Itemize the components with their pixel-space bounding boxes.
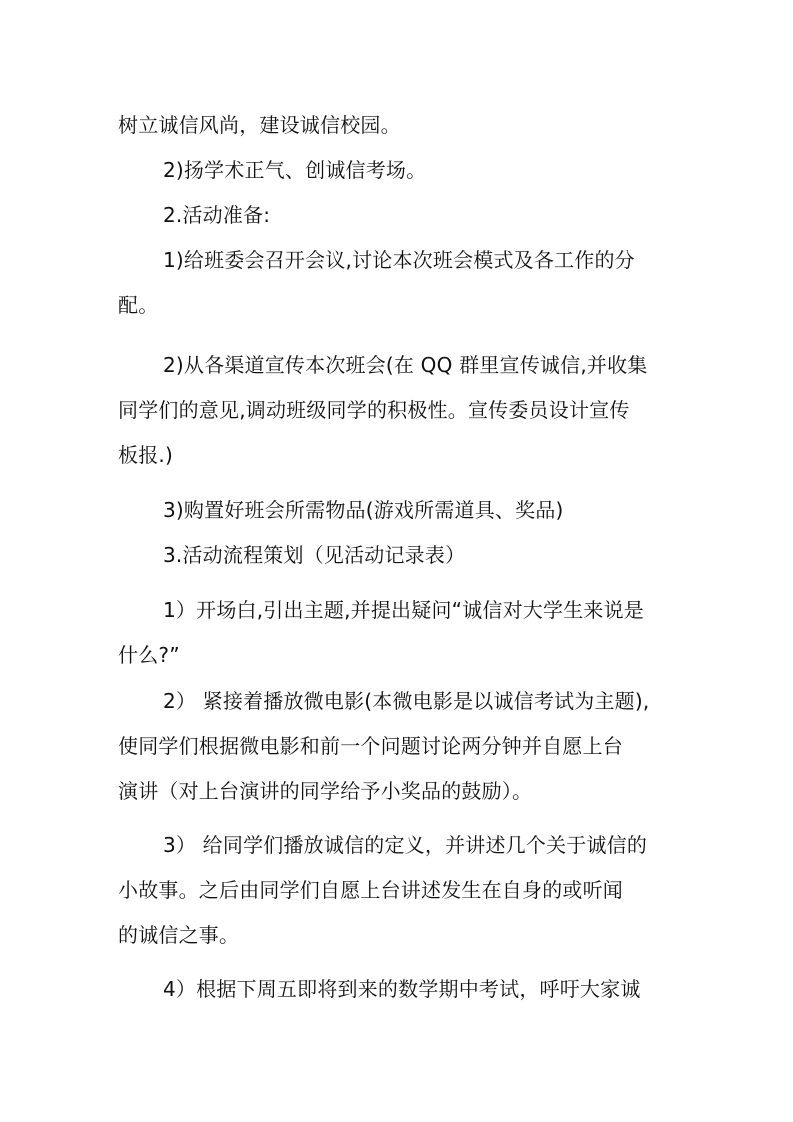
text-line: 2)从各渠道宣传本次班会(在 QQ 群里宣传诚信,并收集: [163, 352, 648, 378]
text-line: 树立诚信风尚，建设诚信校园。: [118, 112, 401, 138]
text-line: 小故事。之后由同学们自愿上台讲述发生在自身的或听闻: [118, 877, 623, 903]
text-line: 1）开场白,引出主题,并提出疑问“诚信对大学生来说是: [163, 597, 644, 623]
text-line: 板报.): [118, 442, 173, 468]
text-line: 3） 给同学们播放诚信的定义，并讲述几个关于诚信的: [163, 832, 647, 858]
text-line: 3)购置好班会所需物品(游戏所需道具、奖品): [163, 497, 564, 523]
text-line: 的诚信之事。: [118, 922, 239, 948]
text-line: 2） 紧接着播放微电影(本微电影是以诚信考试为主题),: [163, 688, 649, 714]
text-line: 2)扬学术正气、创诚信考场。: [163, 157, 426, 183]
text-line: 演讲（对上台演讲的同学给予小奖品的鼓励）。: [118, 778, 532, 804]
text-line: 什么?”: [118, 642, 180, 668]
text-line: 4）根据下周五即将到来的数学期中考试，呼吁大家诚: [163, 976, 641, 1002]
text-line: 配。: [118, 292, 158, 318]
text-line: 同学们的意见,调动班级同学的积极性。宣传委员设计宣传: [118, 397, 630, 423]
text-line: 2.活动准备:: [163, 202, 270, 228]
document-page: 树立诚信风尚，建设诚信校园。 2)扬学术正气、创诚信考场。 2.活动准备: 1)…: [0, 0, 793, 1122]
text-line: 1)给班委会召开会议,讨论本次班会模式及各工作的分: [163, 247, 635, 273]
text-line: 使同学们根据微电影和前一个问题讨论两分钟并自愿上台: [118, 733, 623, 759]
text-line: 3.活动流程策划（见活动记录表）: [163, 542, 465, 568]
